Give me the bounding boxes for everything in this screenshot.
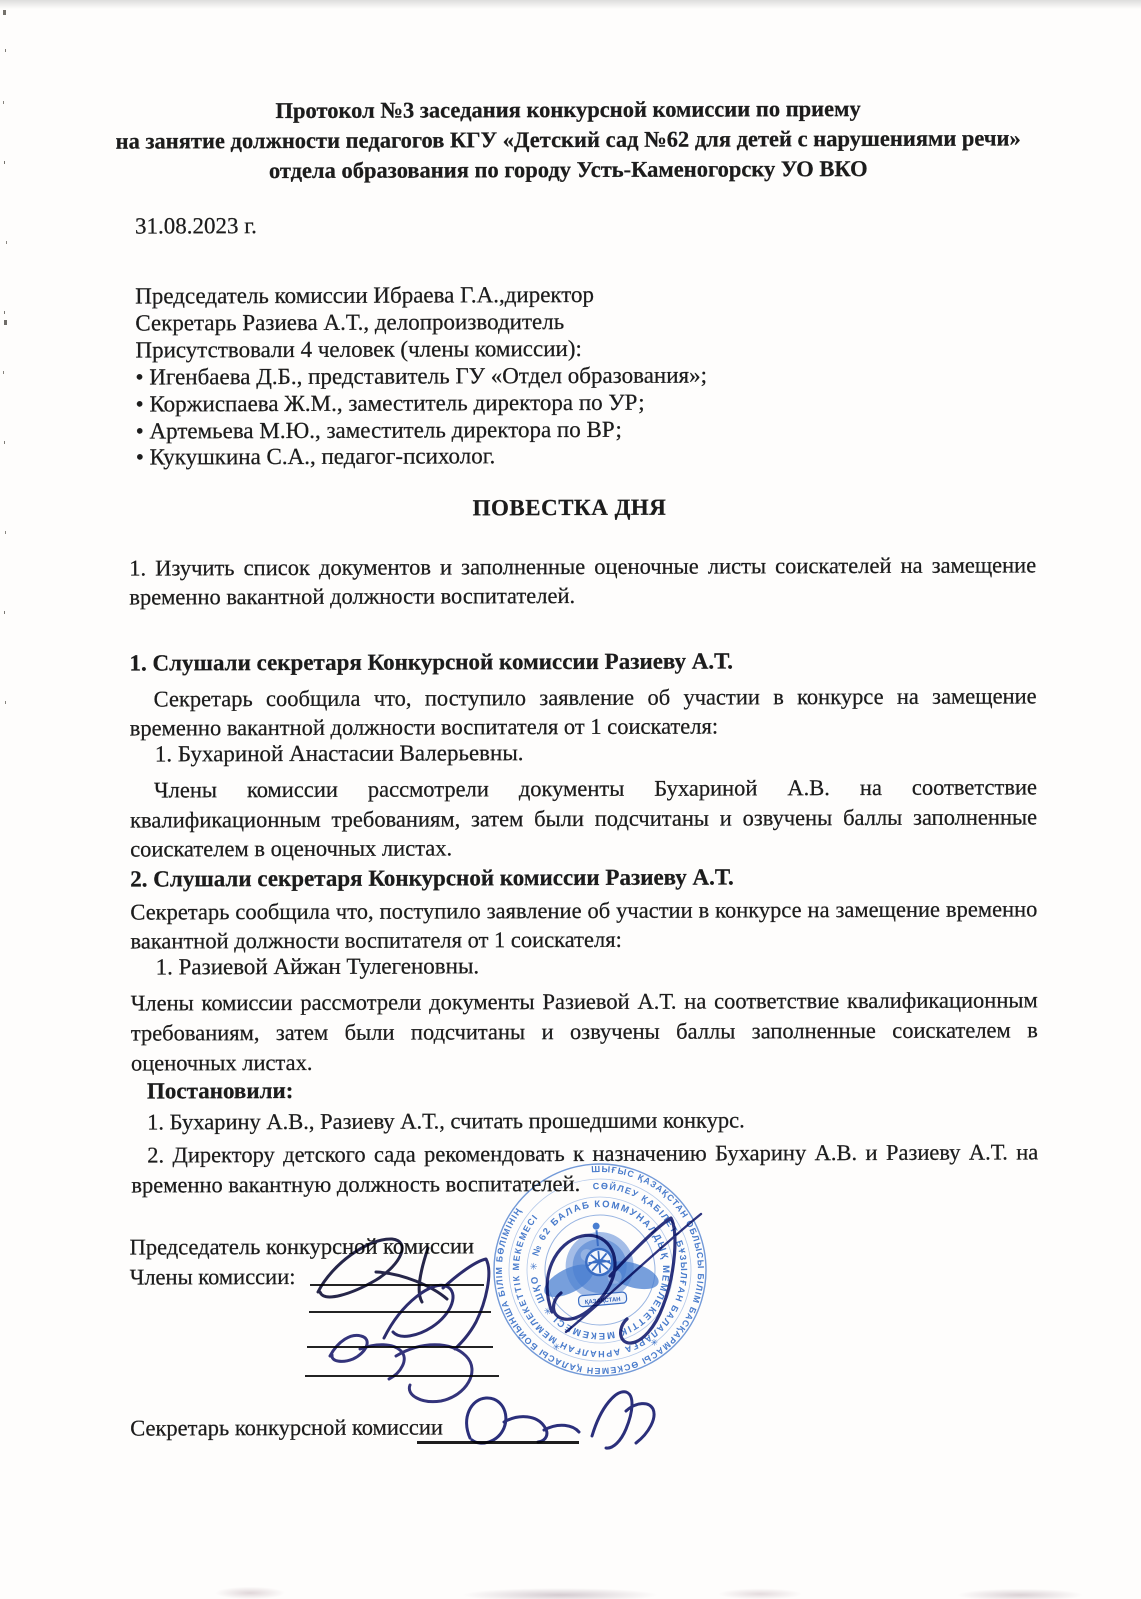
- member-1-signature-stroke: [318, 1239, 447, 1302]
- member-3-signature-stroke: [330, 1335, 472, 1401]
- chairman-signature-stroke: [547, 1214, 701, 1343]
- member-2-signature-stroke: [384, 1259, 489, 1349]
- resolution-heading: Постановили:: [147, 1078, 293, 1105]
- attendees-list: Председатель комиссии Ибраева Г.А.,дирек…: [135, 282, 707, 472]
- attendee-line-member-1: • Игенбаева Д.Б., представитель ГУ «Отде…: [135, 362, 707, 391]
- secretary-signature-stroke: [467, 1392, 654, 1448]
- attendee-line-member-3: • Артемьева М.Ю., заместитель директора …: [136, 416, 708, 445]
- handwritten-signatures: [280, 1180, 760, 1480]
- section-1-paragraph-1: Секретарь сообщила что, поступило заявле…: [130, 681, 1037, 742]
- section-2-paragraph-2: Члены комиссии рассмотрели документы Раз…: [131, 985, 1038, 1078]
- section-1-heading: 1. Слушали секретаря Конкурсной комиссии…: [129, 648, 732, 676]
- agenda-heading: ПОВЕСТКА ДНЯ: [0, 493, 1140, 523]
- protocol-title: Протокол №3 заседания конкурсной комисси…: [0, 93, 1139, 187]
- members-signature-label: Члены комиссии:: [130, 1264, 296, 1291]
- section-1-paragraph-2: Члены комиссии рассмотрели документы Бух…: [130, 772, 1037, 864]
- section-2-paragraph-1: Секретарь сообщила что, поступило заявле…: [130, 895, 1037, 955]
- resolution-item-1: 1. Бухарину А.В., Разиеву А.Т., считать …: [147, 1107, 745, 1135]
- section-2-candidate: 1. Разиевой Айжан Тулегеновны.: [156, 953, 480, 980]
- attendee-line-present-count: Присутствовали 4 человек (члены комиссии…: [135, 335, 707, 364]
- protocol-date: 31.08.2023 г.: [135, 213, 257, 239]
- attendee-line-chairman: Председатель комиссии Ибраева Г.А.,дирек…: [135, 282, 707, 311]
- section-2-heading: 2. Слушали секретаря Конкурсной комиссии…: [130, 864, 733, 892]
- agenda-item: 1. Изучить список документов и заполненн…: [129, 550, 1036, 611]
- signatures-svg: [280, 1180, 760, 1480]
- protocol-title-line-2: на занятие должности педагогов КГУ «Детс…: [0, 123, 1139, 157]
- document-page: Протокол №3 заседания конкурсной комисси…: [0, 0, 1141, 1599]
- protocol-title-line-3: отдела образования по городу Усть-Камено…: [0, 153, 1139, 187]
- attendee-line-member-2: • Коржиспаева Ж.М., заместитель директор…: [136, 389, 708, 418]
- section-1-candidate: 1. Бухариной Анастасии Валерьевны.: [155, 740, 524, 767]
- attendee-line-member-4: • Кукушкина С.А., педагог-психолог.: [136, 443, 708, 472]
- attendee-line-secretary: Секретарь Разиева А.Т., делопроизводител…: [135, 308, 707, 337]
- protocol-title-line-1: Протокол №3 заседания конкурсной комисси…: [0, 93, 1139, 127]
- scan-artifact-bottom-smudge: [0, 1573, 1141, 1599]
